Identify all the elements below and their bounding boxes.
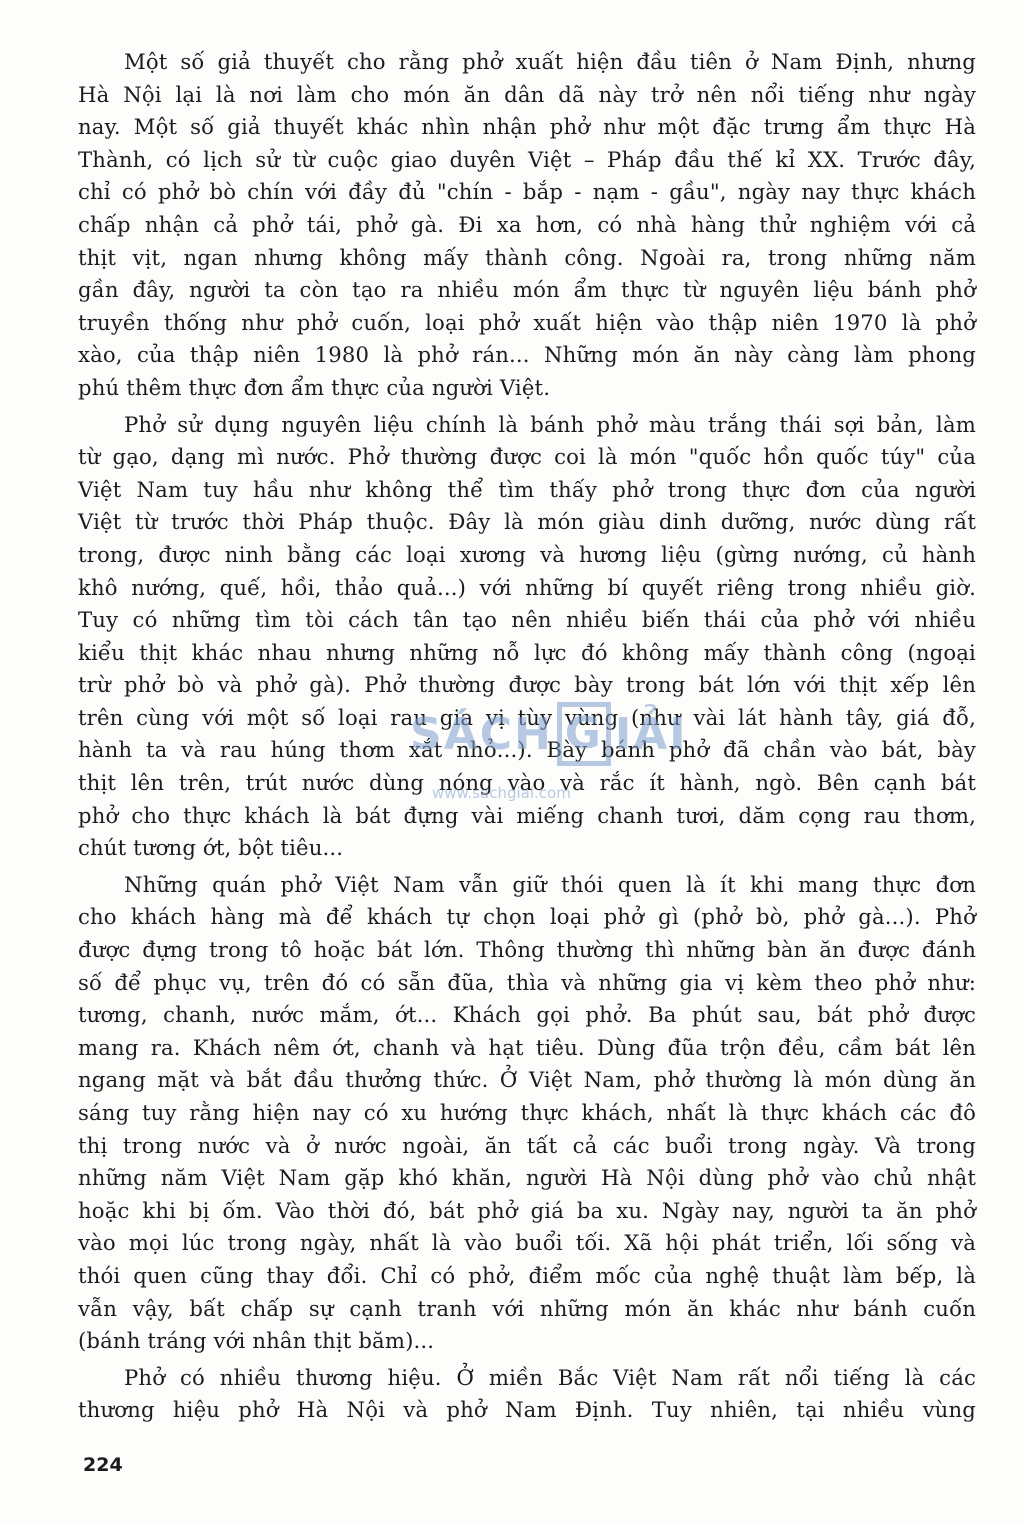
- text-line: cho khách hàng mà để khách tự chọn loại …: [78, 901, 976, 934]
- paragraph-4: Phở có nhiều thương hiệu. Ở miền Bắc Việ…: [78, 1362, 976, 1427]
- text-line: thịt vịt, ngan nhưng không mấy thành côn…: [78, 242, 976, 275]
- text-line: Phở có nhiều thương hiệu. Ở miền Bắc Việ…: [78, 1362, 976, 1395]
- text-line: nay. Một số giả thuyết khác nhìn nhận ph…: [78, 111, 976, 144]
- text-line: Thành, có lịch sử từ cuộc giao duyên Việ…: [78, 144, 976, 177]
- text-line: mang ra. Khách nêm ớt, chanh và hạt tiêu…: [78, 1032, 976, 1065]
- text-line: Phở sử dụng nguyên liệu chính là bánh ph…: [78, 409, 976, 442]
- text-line: vẫn vậy, bất chấp sự cạnh tranh với nhữn…: [78, 1293, 976, 1326]
- text-line: thói quen cũng thay đổi. Chỉ có phở, điể…: [78, 1260, 976, 1293]
- paragraph-1: Một số giả thuyết cho rằng phở xuất hiện…: [78, 46, 976, 405]
- text-line: phú thêm thực đơn ẩm thực của người Việt…: [78, 372, 976, 405]
- text-line: khô nướng, quế, hồi, thảo quả...) với nh…: [78, 572, 976, 605]
- text-line: ngang mặt và bắt đầu thưởng thức. Ở Việt…: [78, 1064, 976, 1097]
- text-line: được đựng trong tô hoặc bát lớn. Thông t…: [78, 934, 976, 967]
- text-line: Một số giả thuyết cho rằng phở xuất hiện…: [78, 46, 976, 79]
- text-line: hành ta và rau húng thơm xắt nhỏ...). Bà…: [78, 734, 976, 767]
- text-line: từ gạo, dạng mì nước. Phở thường được co…: [78, 441, 976, 474]
- text-line: chút tương ớt, bột tiêu...: [78, 832, 976, 865]
- text-line: những năm Việt Nam gặp khó khăn, người H…: [78, 1162, 976, 1195]
- text-line: Những quán phở Việt Nam vẫn giữ thói que…: [78, 869, 976, 902]
- text-line: xào, của thập niên 1980 là phở rán... Nh…: [78, 339, 976, 372]
- text-line: truyền thống như phở cuốn, loại phở xuất…: [78, 307, 976, 340]
- text-line: Tuy có những tìm tòi cách tân tạo nên nh…: [78, 604, 976, 637]
- text-line: Việt Nam tuy hầu như không thể tìm thấy …: [78, 474, 976, 507]
- text-line: thương hiệu phở Hà Nội và phở Nam Định. …: [78, 1394, 976, 1427]
- text-line: chỉ có phở bò chín với đầy đủ "chín - bắ…: [78, 176, 976, 209]
- text-line: sáng tuy rằng hiện nay có xu hướng thực …: [78, 1097, 976, 1130]
- text-line: kiểu thịt khác nhau nhưng những nỗ lực đ…: [78, 637, 976, 670]
- text-line: trừ phở bò và phở gà). Phở thường được b…: [78, 669, 976, 702]
- text-line: hoặc khi bị ốm. Vào thời đó, bát phở giá…: [78, 1195, 976, 1228]
- text-line: Việt từ trước thời Pháp thuộc. Đây là mó…: [78, 506, 976, 539]
- text-line: thịt lên trên, trút nước dùng nóng vào v…: [78, 767, 976, 800]
- text-line: (bánh tráng với nhân thịt băm)...: [78, 1325, 976, 1358]
- text-line: chấp nhận cả phở tái, phở gà. Đi xa hơn,…: [78, 209, 976, 242]
- page-body: Một số giả thuyết cho rằng phở xuất hiện…: [78, 46, 976, 1427]
- text-line: số để phục vụ, trên đó có sẵn đũa, thìa …: [78, 967, 976, 1000]
- text-line: tương, chanh, nước mắm, ớt... Khách gọi …: [78, 999, 976, 1032]
- paragraph-2: Phở sử dụng nguyên liệu chính là bánh ph…: [78, 409, 976, 865]
- text-line: vào mọi lúc trong ngày, nhất là vào buổi…: [78, 1227, 976, 1260]
- text-line: phở cho thực khách là bát đựng vài miếng…: [78, 800, 976, 833]
- text-line: gần đây, người ta còn tạo ra nhiều món ẩ…: [78, 274, 976, 307]
- paragraph-3: Những quán phở Việt Nam vẫn giữ thói que…: [78, 869, 976, 1358]
- text-line: thị trong nước và ở nước ngoài, ăn tất c…: [78, 1130, 976, 1163]
- text-line: trong, được ninh bằng các loại xương và …: [78, 539, 976, 572]
- page-number: 224: [83, 1454, 123, 1476]
- text-line: Hà Nội lại là nơi làm cho món ăn dân dã …: [78, 79, 976, 112]
- text-line: trên cùng với một số loại rau gia vị tùy…: [78, 702, 976, 735]
